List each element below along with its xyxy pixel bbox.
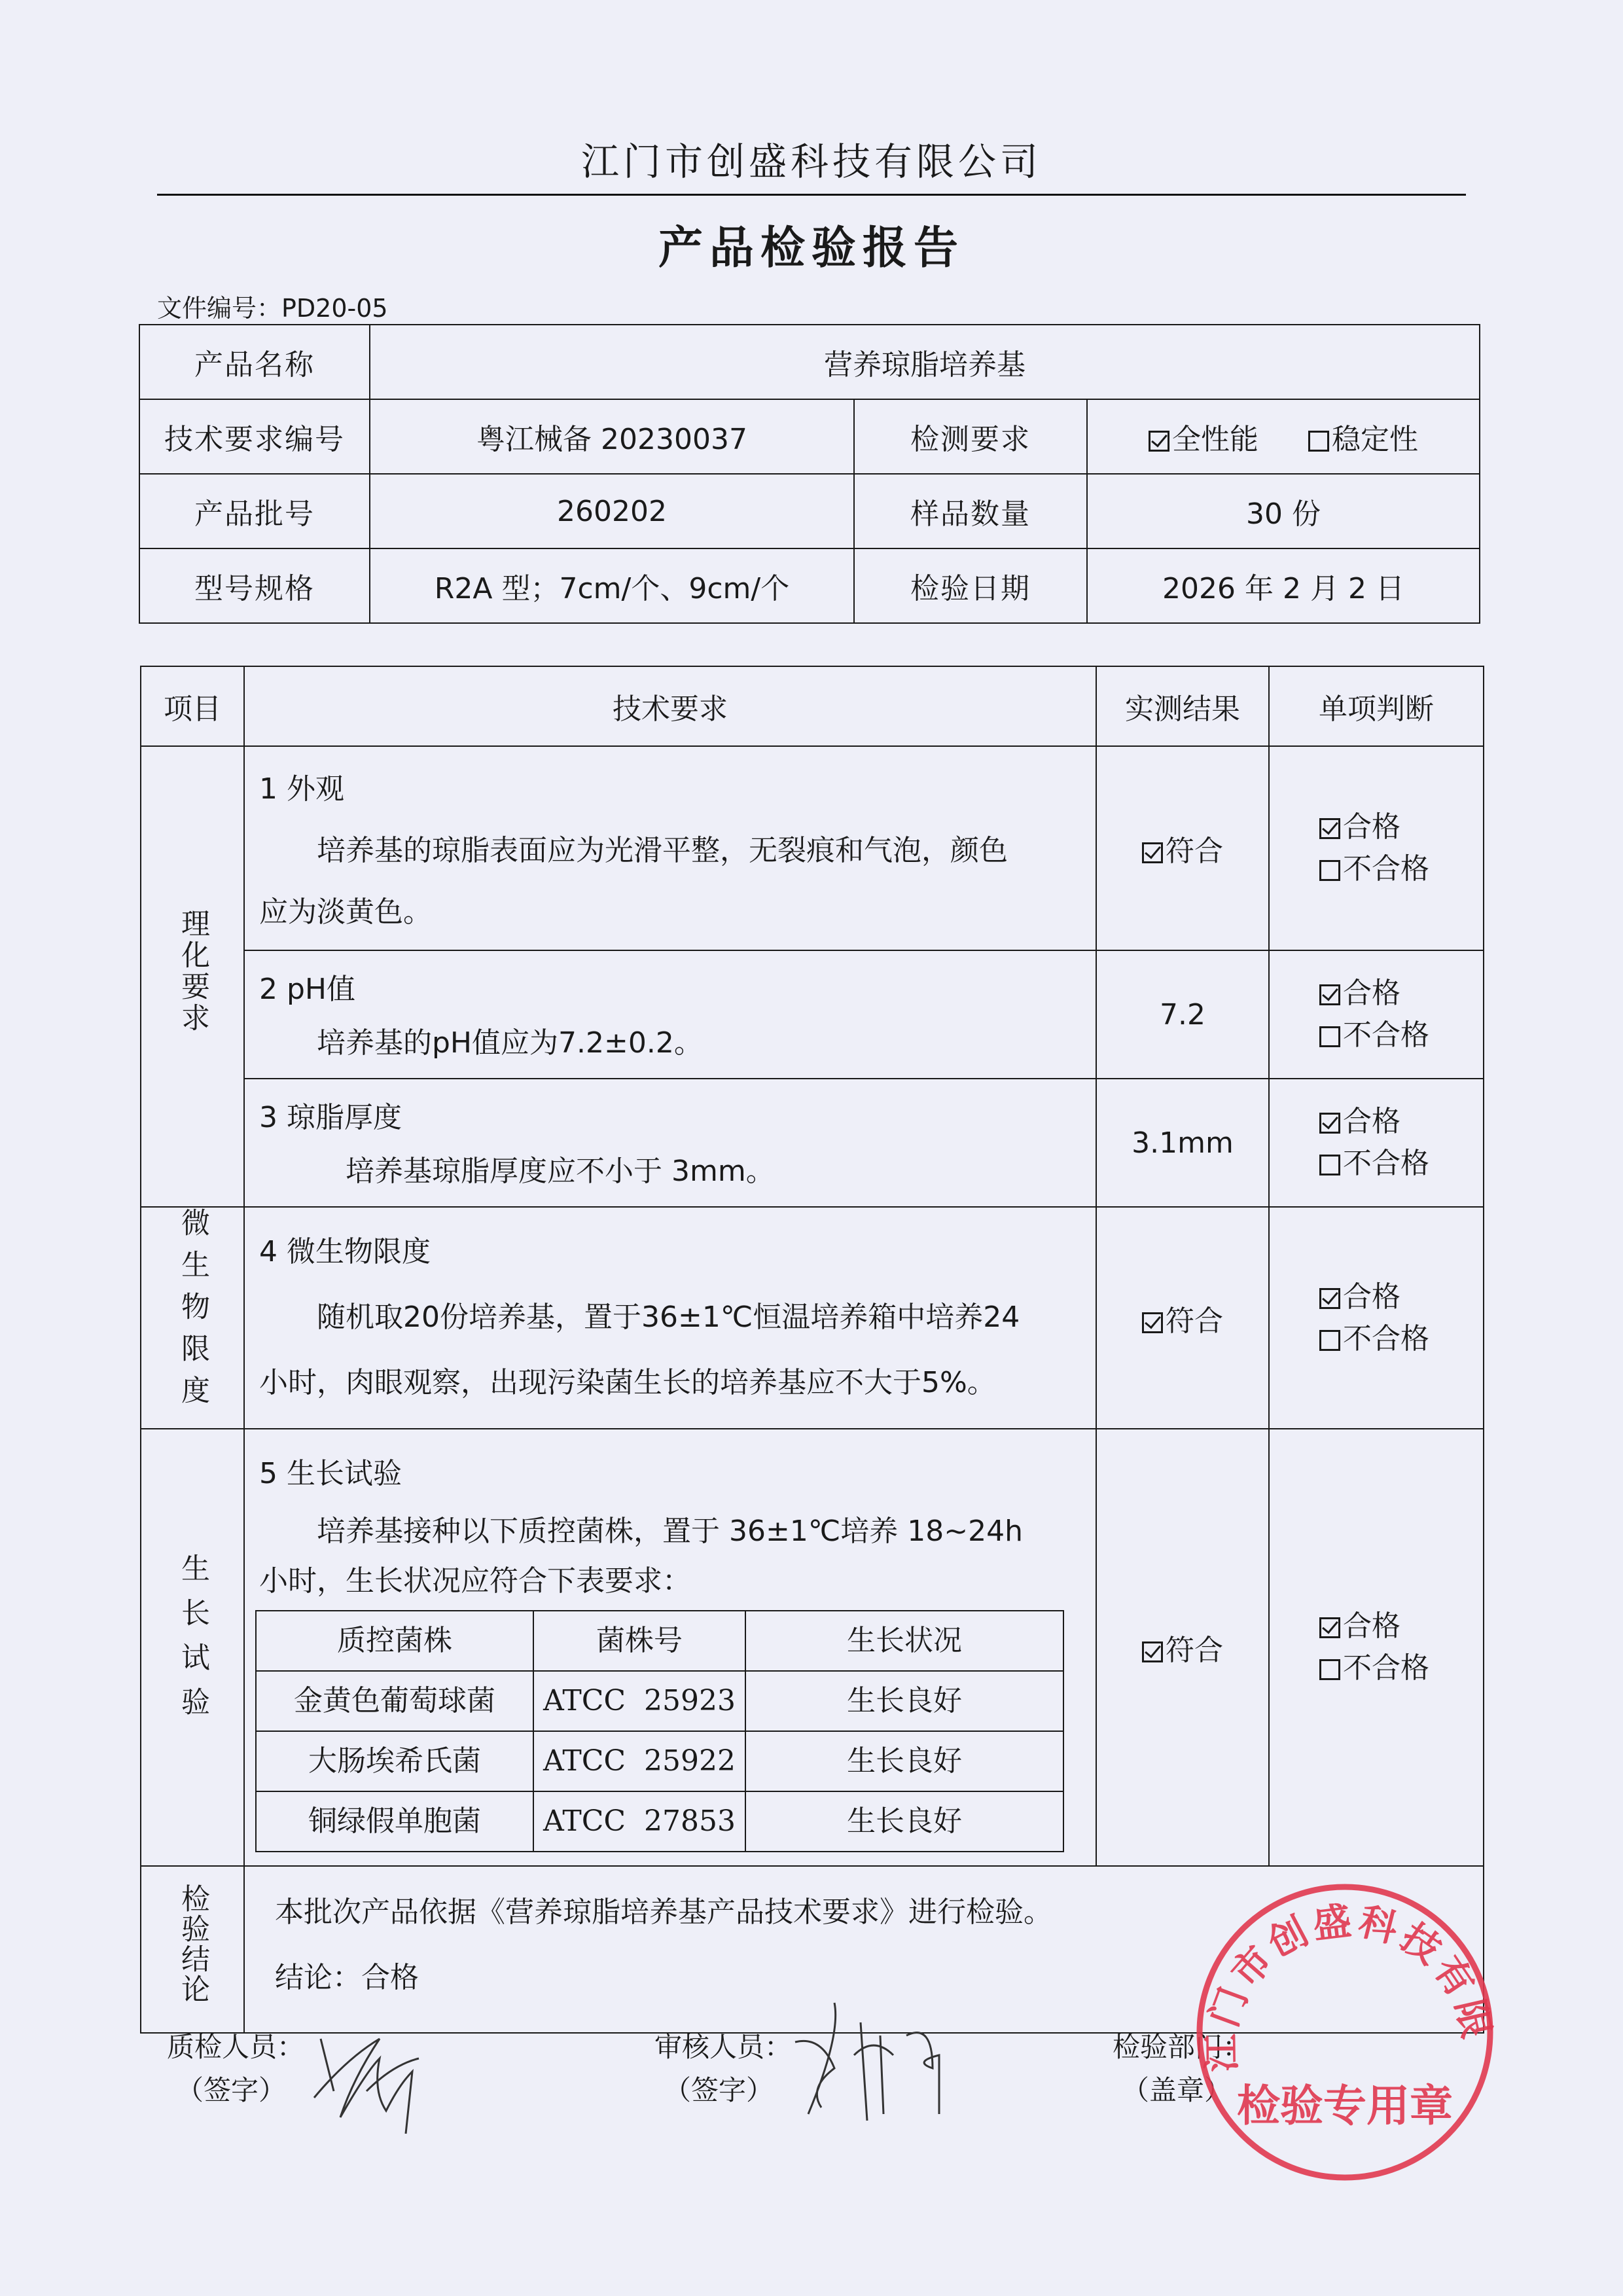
inspector-sub: （签字）: [167, 2069, 304, 2112]
company-name: 江门市创盛科技有限公司: [0, 131, 1623, 186]
requirement-ph: 2 pH值 培养基的pH值应为7.2±0.2。: [244, 950, 1096, 1079]
fail-checkbox[interactable]: [1319, 1155, 1340, 1175]
fail-checkbox[interactable]: [1319, 860, 1340, 881]
judgement-growth: 合格 不合格: [1269, 1429, 1484, 1866]
result-checkbox[interactable]: [1142, 1312, 1163, 1333]
result-checkbox[interactable]: [1142, 842, 1163, 863]
info-row-tech-req: 技术要求编号 粤江械备 20230037 检测要求 全性能 稳定性: [139, 399, 1480, 474]
test-req-options: 全性能 稳定性: [1087, 399, 1480, 474]
pass-checkbox[interactable]: [1319, 1617, 1340, 1638]
strain-id: ATCC 25922: [533, 1731, 745, 1791]
strain-id: ATCC 25923: [533, 1671, 745, 1731]
strain-row: 金黄色葡萄球菌 ATCC 25923 生长良好: [256, 1671, 1063, 1731]
strain-name: 金黄色葡萄球菌: [256, 1671, 533, 1731]
requirement-growth: 5 生长试验 培养基接种以下质控菌株，置于 36±1℃培养 18~24h 小时，…: [244, 1429, 1096, 1866]
reviewer-signature-block: 审核人员： （签字）: [654, 2026, 792, 2112]
inspection-table: 项目 技术要求 实测结果 单项判断 理化要求 1 外观 培养基的琼脂表面应为光滑…: [140, 666, 1484, 2034]
test-date-label: 检验日期: [854, 548, 1087, 623]
seal-ring-text: 江门市创盛科技有限公司: [1188, 1875, 1500, 2072]
inspector-label: 质检人员：: [167, 2026, 304, 2069]
inspector-signature-icon: [308, 2019, 478, 2137]
pass-checkbox[interactable]: [1319, 984, 1340, 1005]
info-row-product-name: 产品名称 营养琼脂培养基: [139, 325, 1480, 399]
product-name-value: 营养琼脂培养基: [370, 325, 1480, 399]
inspection-header-row: 项目 技术要求 实测结果 单项判断: [141, 666, 1484, 746]
requirement-appearance: 1 外观 培养基的琼脂表面应为光滑平整，无裂痕和气泡，颜色 应为淡黄色。: [244, 746, 1096, 950]
report-title: 产品检验报告: [0, 213, 1623, 276]
fail-checkbox[interactable]: [1319, 1330, 1340, 1351]
strain-header-name: 质控菌株: [256, 1611, 533, 1671]
strain-name: 大肠埃希氏菌: [256, 1731, 533, 1791]
test-date-value: 2026 年 2 月 2 日: [1087, 548, 1480, 623]
info-row-batch: 产品批号 260202 样品数量 30 份: [139, 474, 1480, 548]
requirement-thickness: 3 琼脂厚度 培养基琼脂厚度应不小于 3mm。: [244, 1079, 1096, 1207]
reviewer-label: 审核人员：: [654, 2026, 792, 2069]
strain-header-growth: 生长状况: [745, 1611, 1063, 1671]
judgement-thickness: 合格 不合格: [1269, 1079, 1484, 1207]
seal-center-text: 检验专用章: [1237, 2081, 1453, 2131]
pass-checkbox[interactable]: [1319, 1288, 1340, 1309]
strain-row: 铜绿假单胞菌 ATCC 27853 生长良好: [256, 1791, 1063, 1852]
strain-id: ATCC 27853: [533, 1791, 745, 1852]
inspection-row-thickness: 3 琼脂厚度 培养基琼脂厚度应不小于 3mm。 3.1mm 合格 不合格: [141, 1079, 1484, 1207]
full-performance-label: 全性能: [1172, 423, 1258, 456]
inspection-row-microbial: 微生物限度 4 微生物限度 随机取20份培养基，置于36±1℃恒温培养箱中培养2…: [141, 1207, 1484, 1429]
inspection-row-appearance: 理化要求 1 外观 培养基的琼脂表面应为光滑平整，无裂痕和气泡，颜色 应为淡黄色…: [141, 746, 1484, 950]
header-judgement: 单项判断: [1269, 666, 1484, 746]
strain-header-id: 菌株号: [533, 1611, 745, 1671]
tech-req-no-label: 技术要求编号: [139, 399, 370, 474]
result-appearance: 符合: [1096, 746, 1269, 950]
fail-checkbox[interactable]: [1319, 1659, 1340, 1680]
pass-checkbox[interactable]: [1319, 1113, 1340, 1134]
reviewer-sub: （签字）: [654, 2069, 792, 2112]
tech-req-no-value: 粤江械备 20230037: [370, 399, 854, 474]
judgement-ph: 合格 不合格: [1269, 950, 1484, 1079]
stability-label: 稳定性: [1332, 423, 1418, 456]
product-name-label: 产品名称: [139, 325, 370, 399]
category-physchem: 理化要求: [141, 746, 244, 1207]
inspection-row-growth: 生长试验 5 生长试验 培养基接种以下质控菌株，置于 36±1℃培养 18~24…: [141, 1429, 1484, 1866]
sample-qty-label: 样品数量: [854, 474, 1087, 548]
strain-name: 铜绿假单胞菌: [256, 1791, 533, 1852]
strain-row: 大肠埃希氏菌 ATCC 25922 生长良好: [256, 1731, 1063, 1791]
header-item: 项目: [141, 666, 244, 746]
category-micro: 微生物限度: [141, 1207, 244, 1429]
fail-checkbox[interactable]: [1319, 1026, 1340, 1047]
company-seal-icon: 江门市创盛科技有限公司 检验专用章: [1188, 1875, 1502, 2189]
strain-growth: 生长良好: [745, 1791, 1063, 1852]
batch-label: 产品批号: [139, 474, 370, 548]
stability-checkbox[interactable]: [1308, 431, 1329, 452]
result-microbial: 符合: [1096, 1207, 1269, 1429]
sample-qty-value: 30 份: [1087, 474, 1480, 548]
strain-growth: 生长良好: [745, 1731, 1063, 1791]
reviewer-signature-icon: [782, 1996, 991, 2127]
test-req-label: 检测要求: [854, 399, 1087, 474]
pass-checkbox[interactable]: [1319, 818, 1340, 839]
full-performance-checkbox[interactable]: [1149, 431, 1169, 452]
model-label: 型号规格: [139, 548, 370, 623]
svg-text:江门市创盛科技有限公司: 江门市创盛科技有限公司: [1188, 1875, 1500, 2072]
model-value: R2A 型；7cm/个、9cm/个: [370, 548, 854, 623]
category-growth: 生长试验: [141, 1429, 244, 1866]
strain-header-row: 质控菌株 菌株号 生长状况: [256, 1611, 1063, 1671]
result-checkbox[interactable]: [1142, 1641, 1163, 1662]
result-growth: 符合: [1096, 1429, 1269, 1866]
strain-growth: 生长良好: [745, 1671, 1063, 1731]
header-divider: [157, 194, 1466, 196]
inspector-signature-block: 质检人员： （签字）: [167, 2026, 304, 2112]
judgement-appearance: 合格 不合格: [1269, 746, 1484, 950]
info-row-model: 型号规格 R2A 型；7cm/个、9cm/个 检验日期 2026 年 2 月 2…: [139, 548, 1480, 623]
result-thickness: 3.1mm: [1096, 1079, 1269, 1207]
strain-table: 质控菌株 菌株号 生长状况 金黄色葡萄球菌 ATCC 25923 生长良好 大肠…: [255, 1610, 1064, 1852]
header-result: 实测结果: [1096, 666, 1269, 746]
requirement-microbial: 4 微生物限度 随机取20份培养基，置于36±1℃恒温培养箱中培养24 小时，肉…: [244, 1207, 1096, 1429]
category-conclusion: 检验结论: [141, 1866, 244, 2033]
inspection-row-ph: 2 pH值 培养基的pH值应为7.2±0.2。 7.2 合格 不合格: [141, 950, 1484, 1079]
batch-value: 260202: [370, 474, 854, 548]
result-ph: 7.2: [1096, 950, 1269, 1079]
product-info-table: 产品名称 营养琼脂培养基 技术要求编号 粤江械备 20230037 检测要求 全…: [139, 324, 1480, 624]
header-tech-req: 技术要求: [244, 666, 1096, 746]
document-number: 文件编号：PD20-05: [157, 288, 388, 324]
judgement-microbial: 合格 不合格: [1269, 1207, 1484, 1429]
